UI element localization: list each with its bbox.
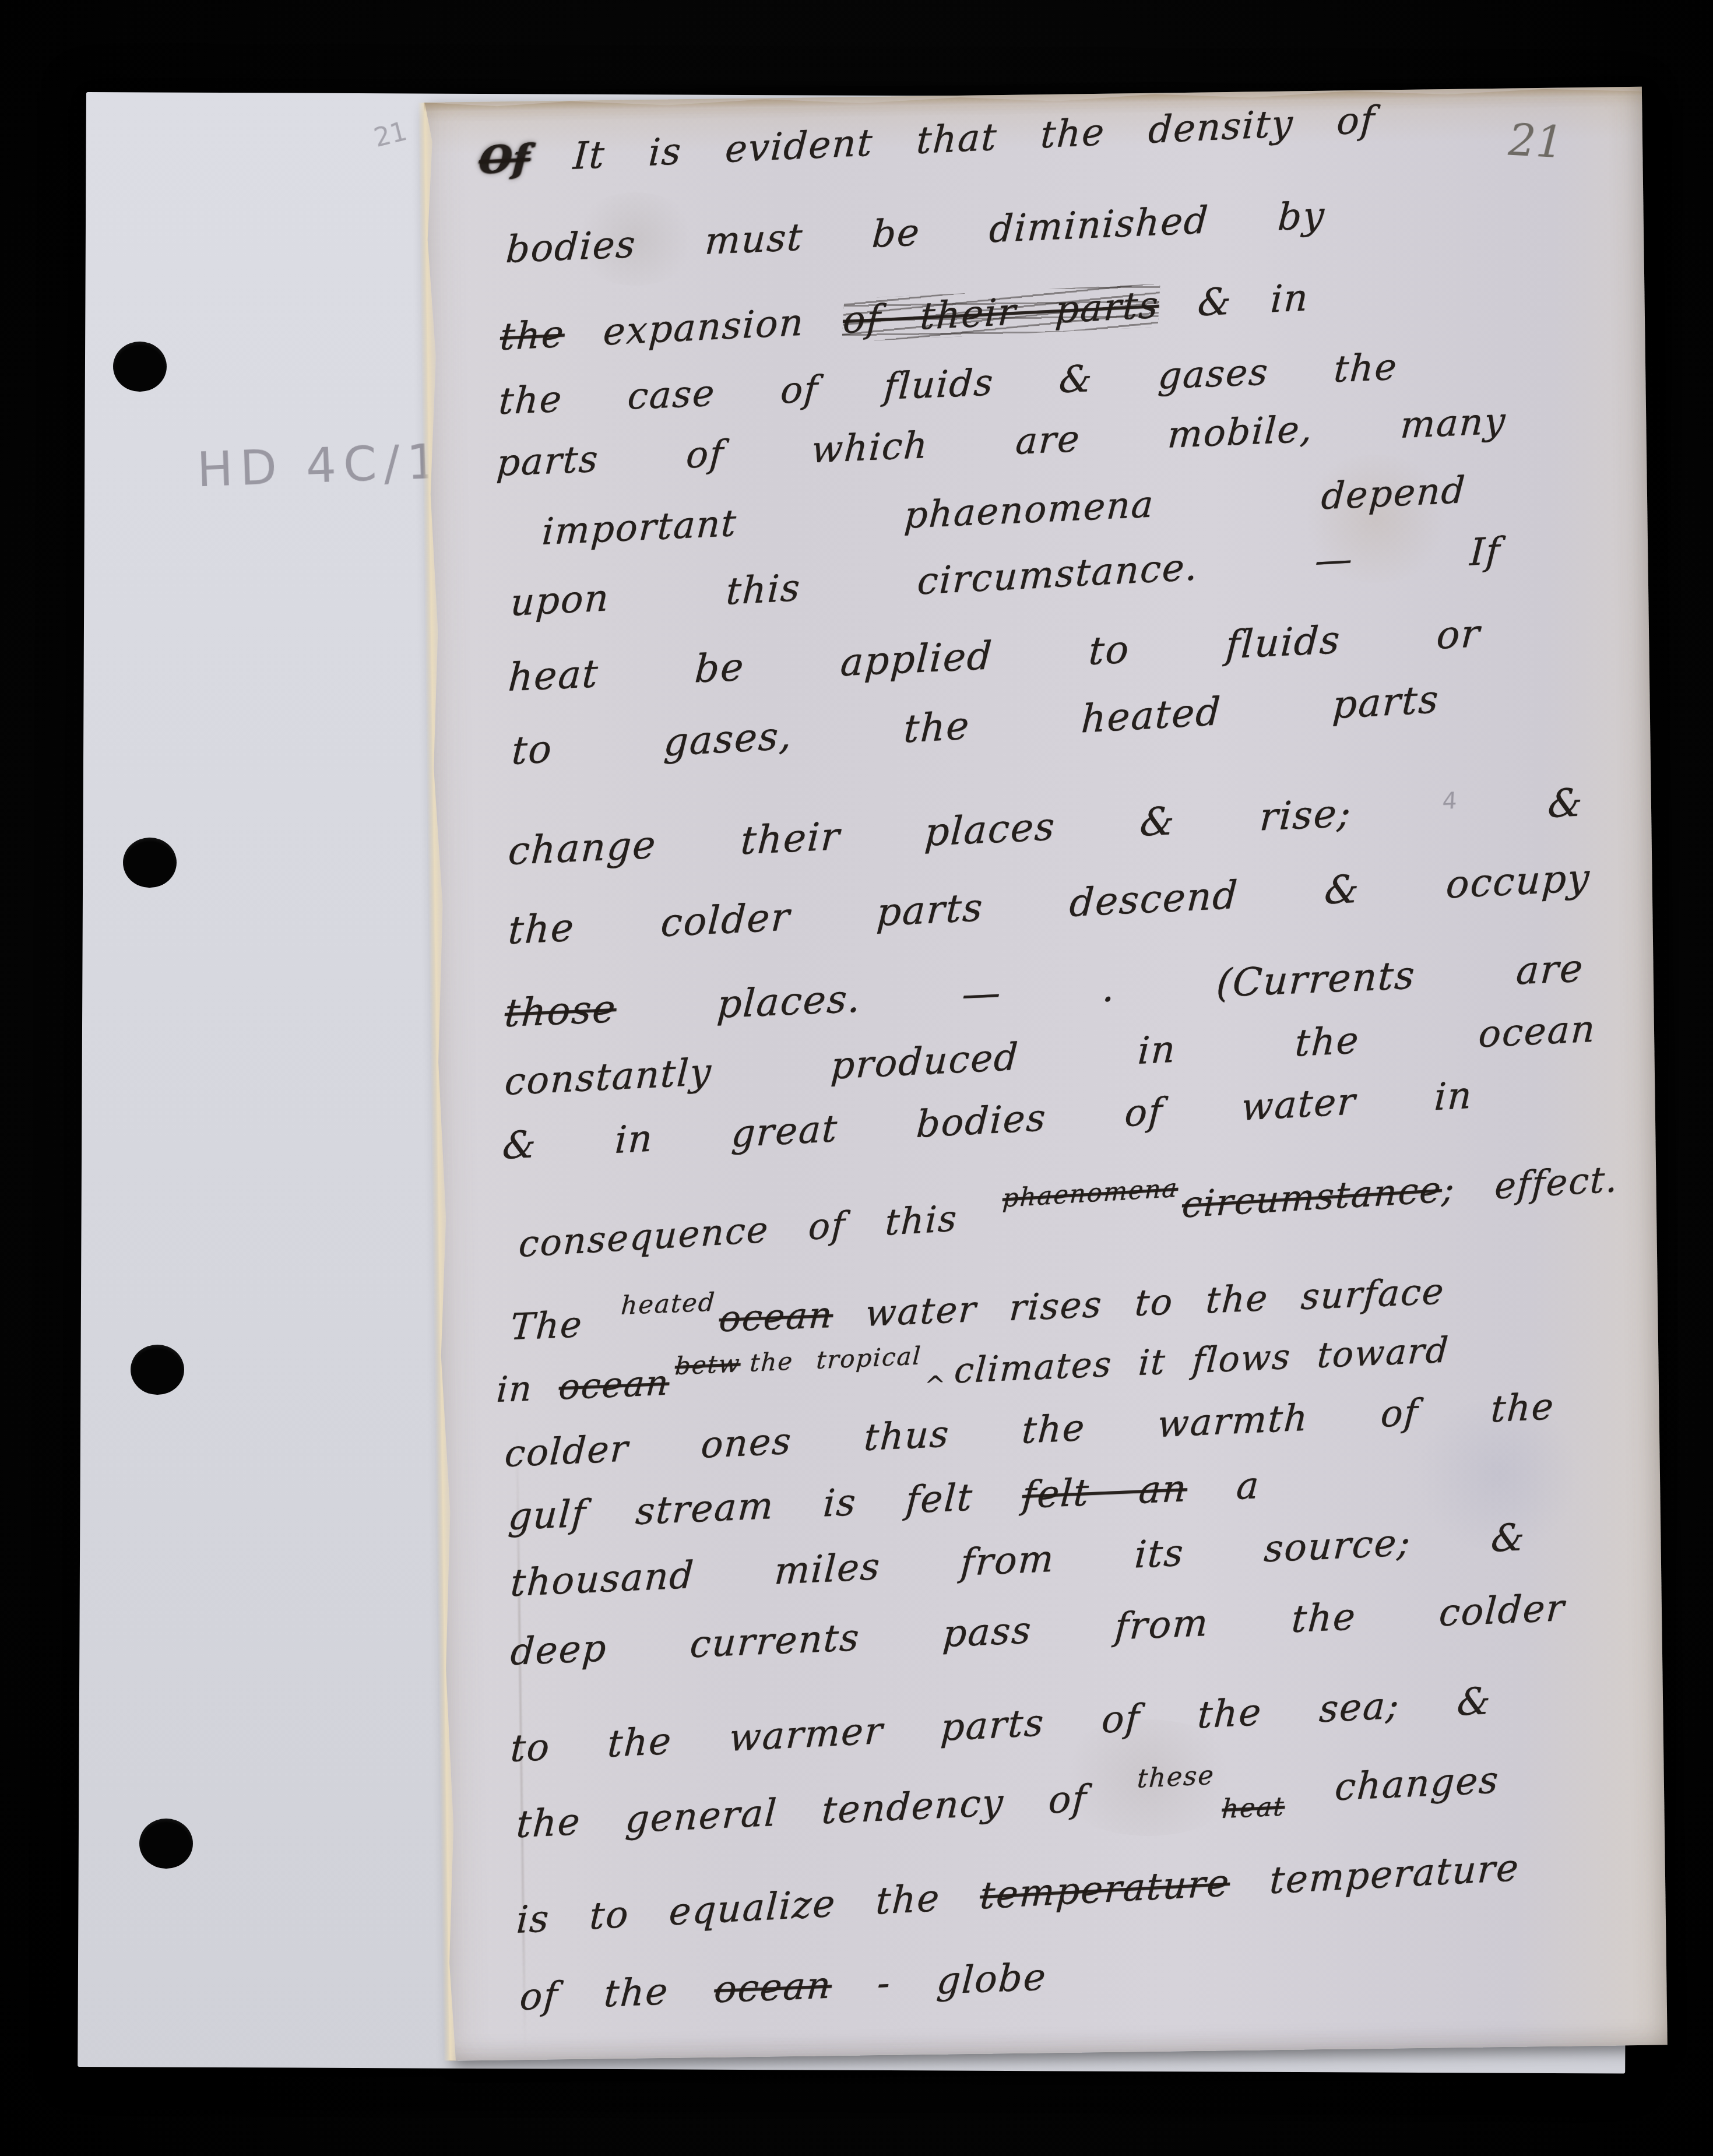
manuscript-line: bodies must be diminished by [505,194,1327,272]
struck-word: ocean [713,1964,833,2011]
manuscript-line: Of It is evident that the density of [478,98,1377,182]
manuscript-line: the general tendency of theseheat change… [515,1758,1501,1847]
handwritten-text: bodies must be diminished by [505,194,1327,272]
struck-word: the [499,312,566,359]
struck-word: temperature [979,1862,1231,1918]
struck-word: those [504,986,618,1036]
photograph-of-manuscript: { "photo": { "background_color": "#05050… [0,0,1713,2156]
inserted-word: the tropical [749,1341,923,1377]
handwritten-text: It is evident that the density of [529,99,1377,180]
struck-word: ocean [558,1362,671,1408]
struck-word: circumstance [1181,1168,1443,1226]
scribbled-out-word: of their parts [842,284,1160,343]
handwritten-text: The [509,1302,617,1348]
manuscript-line: change their places & rise; 4 & [507,780,1585,874]
handwritten-text: & in [1158,276,1310,327]
handwritten-text: in [495,1367,560,1411]
handwritten-text: of the [519,1968,716,2019]
manuscript-text: Of It is evident that the density ofbodi… [0,0,1713,2156]
struck-word: felt an [1021,1467,1189,1517]
pencil-annotation: 4 [1441,787,1459,815]
handwritten-text: & [1462,780,1585,831]
handwritten-text: the general tendency of [515,1775,1133,1847]
inserted-struck-word: phaenomena [1002,1174,1179,1214]
manuscript-line: the expansion of their parts & in [499,276,1310,359]
handwritten-text: ; effect. [1441,1158,1619,1211]
inserted-struck-word: betw [674,1349,742,1380]
ink-blot: Of [478,136,532,182]
handwritten-text: temperature [1229,1847,1521,1905]
caret-mark: ^ [923,1371,947,1401]
manuscript-line: the colder parts descend & occupy [507,855,1592,953]
manuscript-line: deep currents pass from the colder [509,1587,1567,1674]
manuscript-line: consequence of this phaenomenacircumstan… [518,1158,1619,1265]
handwritten-text: the colder parts descend & occupy [507,855,1592,953]
manuscript-line: is to equalize the temperature temperatu… [515,1847,1521,1943]
struck-word: ocean [717,1293,834,1341]
handwritten-text: deep currents pass from the colder [509,1587,1567,1674]
handwritten-text: change their places & rise; [507,787,1437,874]
handwritten-text: water rises to the surface [832,1269,1446,1336]
inserted-word: these [1137,1760,1216,1794]
handwritten-text: - globe [830,1955,1048,2007]
manuscript-line: to the warmer parts of the sea; & [509,1680,1493,1771]
manuscript-line: gulf stream is felt felt an a [507,1464,1261,1539]
handwritten-text: expansion [564,299,845,356]
handwritten-text: changes [1289,1758,1501,1812]
manuscript-line: of the ocean - globe [519,1955,1049,2019]
handwritten-text: to the warmer parts of the sea; & [509,1680,1493,1771]
struck-word-below: heat [1221,1791,1286,1824]
handwritten-text: consequence of this [518,1194,998,1265]
handwritten-text: gulf stream is felt [507,1474,1024,1539]
handwritten-text: is to equalize the [515,1874,981,1942]
inserted-word: heated [620,1288,717,1321]
handwritten-text: a [1186,1464,1261,1510]
handwritten-text: climates it flows toward [953,1330,1450,1391]
